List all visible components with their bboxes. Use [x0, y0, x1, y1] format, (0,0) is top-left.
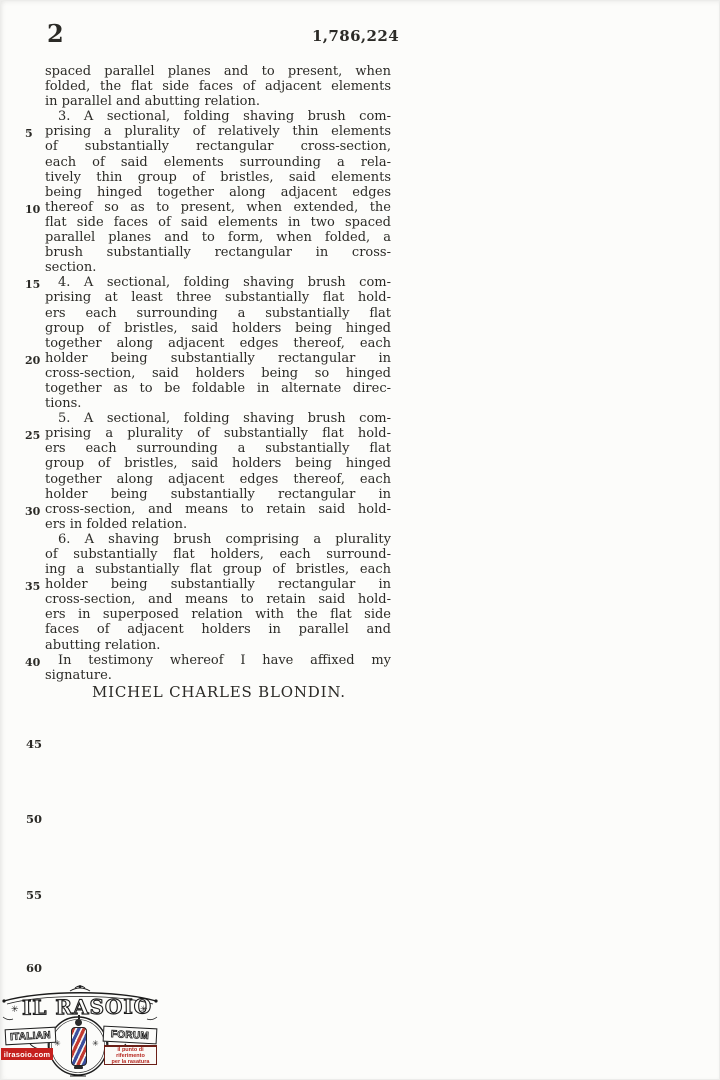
asterisk-ornament-icon: ✳ — [11, 1005, 19, 1015]
text-line-content: thereof so as to present, when extended,… — [45, 200, 391, 215]
text-line-content: ing a substantially flat group of bristl… — [45, 562, 391, 577]
text-line: 40In testimony whereof I have affixed my — [45, 653, 391, 668]
text-line-content: group of bristles, said holders being hi… — [45, 321, 391, 336]
margin-line-number: 20 — [25, 353, 40, 368]
margin-line-number: 10 — [25, 202, 40, 217]
text-line-content: of substantially flat holders, each surr… — [45, 547, 391, 562]
margin-line-number: 15 — [25, 277, 40, 292]
logo-banner-italian: ITALIAN — [5, 1027, 57, 1046]
text-line: cross-section, said holders being so hin… — [45, 366, 391, 381]
text-line: 30cross-section, and means to retain sai… — [45, 502, 391, 517]
patent-number: 1,786,224 — [298, 27, 413, 45]
text-line: of substantially rectangular cross-secti… — [45, 139, 391, 154]
text-line-content: parallel planes and to form, when folded… — [45, 230, 391, 245]
text-line-content: faces of adjacent holders in parallel an… — [45, 622, 391, 637]
text-line-content: ers in folded relation. — [45, 517, 187, 532]
text-line-content: being hinged together along adjacent edg… — [45, 185, 391, 200]
text-line-content: 5. A sectional, folding shaving brush co… — [58, 411, 391, 426]
text-line: signature. — [45, 668, 391, 683]
text-line-content: spaced parallel planes and to present, w… — [45, 64, 391, 79]
text-line: in parallel and abutting relation. — [45, 94, 391, 109]
text-line: each of said elements surrounding a rela… — [45, 155, 391, 170]
text-line: group of bristles, said holders being hi… — [45, 321, 391, 336]
text-line-content: in parallel and abutting relation. — [45, 94, 260, 109]
text-line: 6. A shaving brush comprising a pluralit… — [45, 532, 391, 547]
text-line: ing a substantially flat group of bristl… — [45, 562, 391, 577]
text-line: 5prising a plurality of relatively thin … — [45, 124, 391, 139]
margin-line-number: 45 — [26, 737, 42, 751]
text-line-content: brush substantially rectangular in cross… — [45, 245, 391, 260]
logo-tagline-line1: il punto di riferimento — [105, 1047, 156, 1059]
text-line-content: cross-section, said holders being so hin… — [45, 366, 391, 381]
text-line: spaced parallel planes and to present, w… — [45, 64, 391, 79]
text-line: flat side faces of said elements in two … — [45, 215, 391, 230]
text-line-content: 3. A sectional, folding shaving brush co… — [58, 109, 391, 124]
patent-page: 2 1,786,224 spaced parallel planes and t… — [0, 0, 720, 1080]
text-line-content: cross-section, and means to retain said … — [45, 502, 391, 517]
margin-line-number: 5 — [25, 126, 40, 141]
text-line-content: folded, the flat side faces of adjacent … — [45, 79, 391, 94]
margin-line-number: 60 — [26, 961, 42, 975]
text-line: holder being substantially rectangular i… — [45, 487, 391, 502]
claims-text-column: spaced parallel planes and to present, w… — [45, 64, 391, 700]
margin-line-number: 30 — [25, 504, 40, 519]
barber-pole-stripes — [71, 1027, 87, 1066]
text-line-content: section. — [45, 260, 96, 275]
text-line: of substantially flat holders, each surr… — [45, 547, 391, 562]
text-line: ers in folded relation. — [45, 517, 391, 532]
text-line-content: MICHEL CHARLES BLONDIN. — [92, 683, 346, 701]
text-line: tions. — [45, 396, 391, 411]
text-line-content: tively thin group of bristles, said elem… — [45, 170, 391, 185]
page-number: 2 — [47, 19, 64, 48]
logo-banner-forum: FORUM — [103, 1026, 158, 1045]
ilrasoio-watermark-logo: IL RASOIO ✳ ✳ ITALIAN FORUM ✳ ✳ ilrasoio… — [0, 984, 160, 1080]
text-line: 10thereof so as to present, when extende… — [45, 200, 391, 215]
asterisk-ornament-icon: ✳ — [140, 1005, 148, 1015]
text-line: ers each surrounding a substantially fla… — [45, 441, 391, 456]
margin-line-number: 55 — [26, 888, 42, 902]
text-line: folded, the flat side faces of adjacent … — [45, 79, 391, 94]
text-line-content: ers each surrounding a substantially fla… — [45, 441, 391, 456]
text-line: together as to be foldable in alternate … — [45, 381, 391, 396]
text-line: together along adjacent edges thereof, e… — [45, 472, 391, 487]
margin-line-number: 35 — [25, 579, 40, 594]
text-line: abutting relation. — [45, 638, 391, 653]
text-line-content: prising a plurality of substantially fla… — [45, 426, 391, 441]
text-line-content: ers in superposed relation with the flat… — [45, 607, 391, 622]
text-line: section. — [45, 260, 391, 275]
text-line: ers in superposed relation with the flat… — [45, 607, 391, 622]
text-line-content: signature. — [45, 668, 112, 683]
logo-tagline-line2: per la rasatura — [112, 1059, 150, 1065]
text-line: cross-section, and means to retain said … — [45, 592, 391, 607]
text-line: 35holder being substantially rectangular… — [45, 577, 391, 592]
text-line: 20holder being substantially rectangular… — [45, 351, 391, 366]
logo-tagline-badge: il punto di riferimento per la rasatura — [104, 1045, 157, 1065]
text-line-content: ers each surrounding a substantially fla… — [45, 306, 391, 321]
text-line: being hinged together along adjacent edg… — [45, 185, 391, 200]
text-line: faces of adjacent holders in parallel an… — [45, 622, 391, 637]
text-line: ers each surrounding a substantially fla… — [45, 306, 391, 321]
text-line-content: holder being substantially rectangular i… — [45, 351, 391, 366]
inventor-signature: MICHEL CHARLES BLONDIN. — [45, 683, 391, 700]
barber-pole-icon — [70, 1015, 87, 1069]
text-line-content: of substantially rectangular cross-secti… — [45, 139, 391, 154]
text-line: prising at least three substantially fla… — [45, 290, 391, 305]
barber-pole-ball — [75, 1019, 82, 1026]
text-line-content: flat side faces of said elements in two … — [45, 215, 391, 230]
text-line: parallel planes and to form, when folded… — [45, 230, 391, 245]
text-line-content: each of said elements surrounding a rela… — [45, 155, 391, 170]
margin-line-number: 40 — [25, 655, 40, 670]
text-line-content: 6. A shaving brush comprising a pluralit… — [58, 532, 391, 547]
asterisk-ornament-icon: ✳ — [54, 1039, 61, 1048]
text-line-content: together as to be foldable in alternate … — [45, 381, 391, 396]
text-line: group of bristles, said holders being hi… — [45, 456, 391, 471]
asterisk-ornament-icon: ✳ — [92, 1039, 99, 1048]
barber-pole-base — [74, 1066, 83, 1069]
logo-url-label: ilrasoio.com — [1, 1048, 53, 1060]
margin-line-number: 25 — [25, 428, 40, 443]
text-line: brush substantially rectangular in cross… — [45, 245, 391, 260]
text-line: 3. A sectional, folding shaving brush co… — [45, 109, 391, 124]
text-line-content: group of bristles, said holders being hi… — [45, 456, 391, 471]
text-line-content: prising a plurality of relatively thin e… — [45, 124, 391, 139]
text-line-content: together along adjacent edges thereof, e… — [45, 472, 391, 487]
text-line-content: 4. A sectional, folding shaving brush co… — [58, 275, 391, 290]
text-line: tively thin group of bristles, said elem… — [45, 170, 391, 185]
margin-line-number: 50 — [26, 812, 42, 826]
text-line: 5. A sectional, folding shaving brush co… — [45, 411, 391, 426]
text-line: 154. A sectional, folding shaving brush … — [45, 275, 391, 290]
text-line: 25prising a plurality of substantially f… — [45, 426, 391, 441]
text-line: together along adjacent edges thereof, e… — [45, 336, 391, 351]
text-line-content: together along adjacent edges thereof, e… — [45, 336, 391, 351]
text-line-content: tions. — [45, 396, 81, 411]
text-line-content: holder being substantially rectangular i… — [45, 487, 391, 502]
text-line-content: cross-section, and means to retain said … — [45, 592, 391, 607]
text-line-content: In testimony whereof I have affixed my — [58, 653, 391, 668]
text-line-content: abutting relation. — [45, 638, 160, 653]
text-line-content: prising at least three substantially fla… — [45, 290, 391, 305]
text-line-content: holder being substantially rectangular i… — [45, 577, 391, 592]
